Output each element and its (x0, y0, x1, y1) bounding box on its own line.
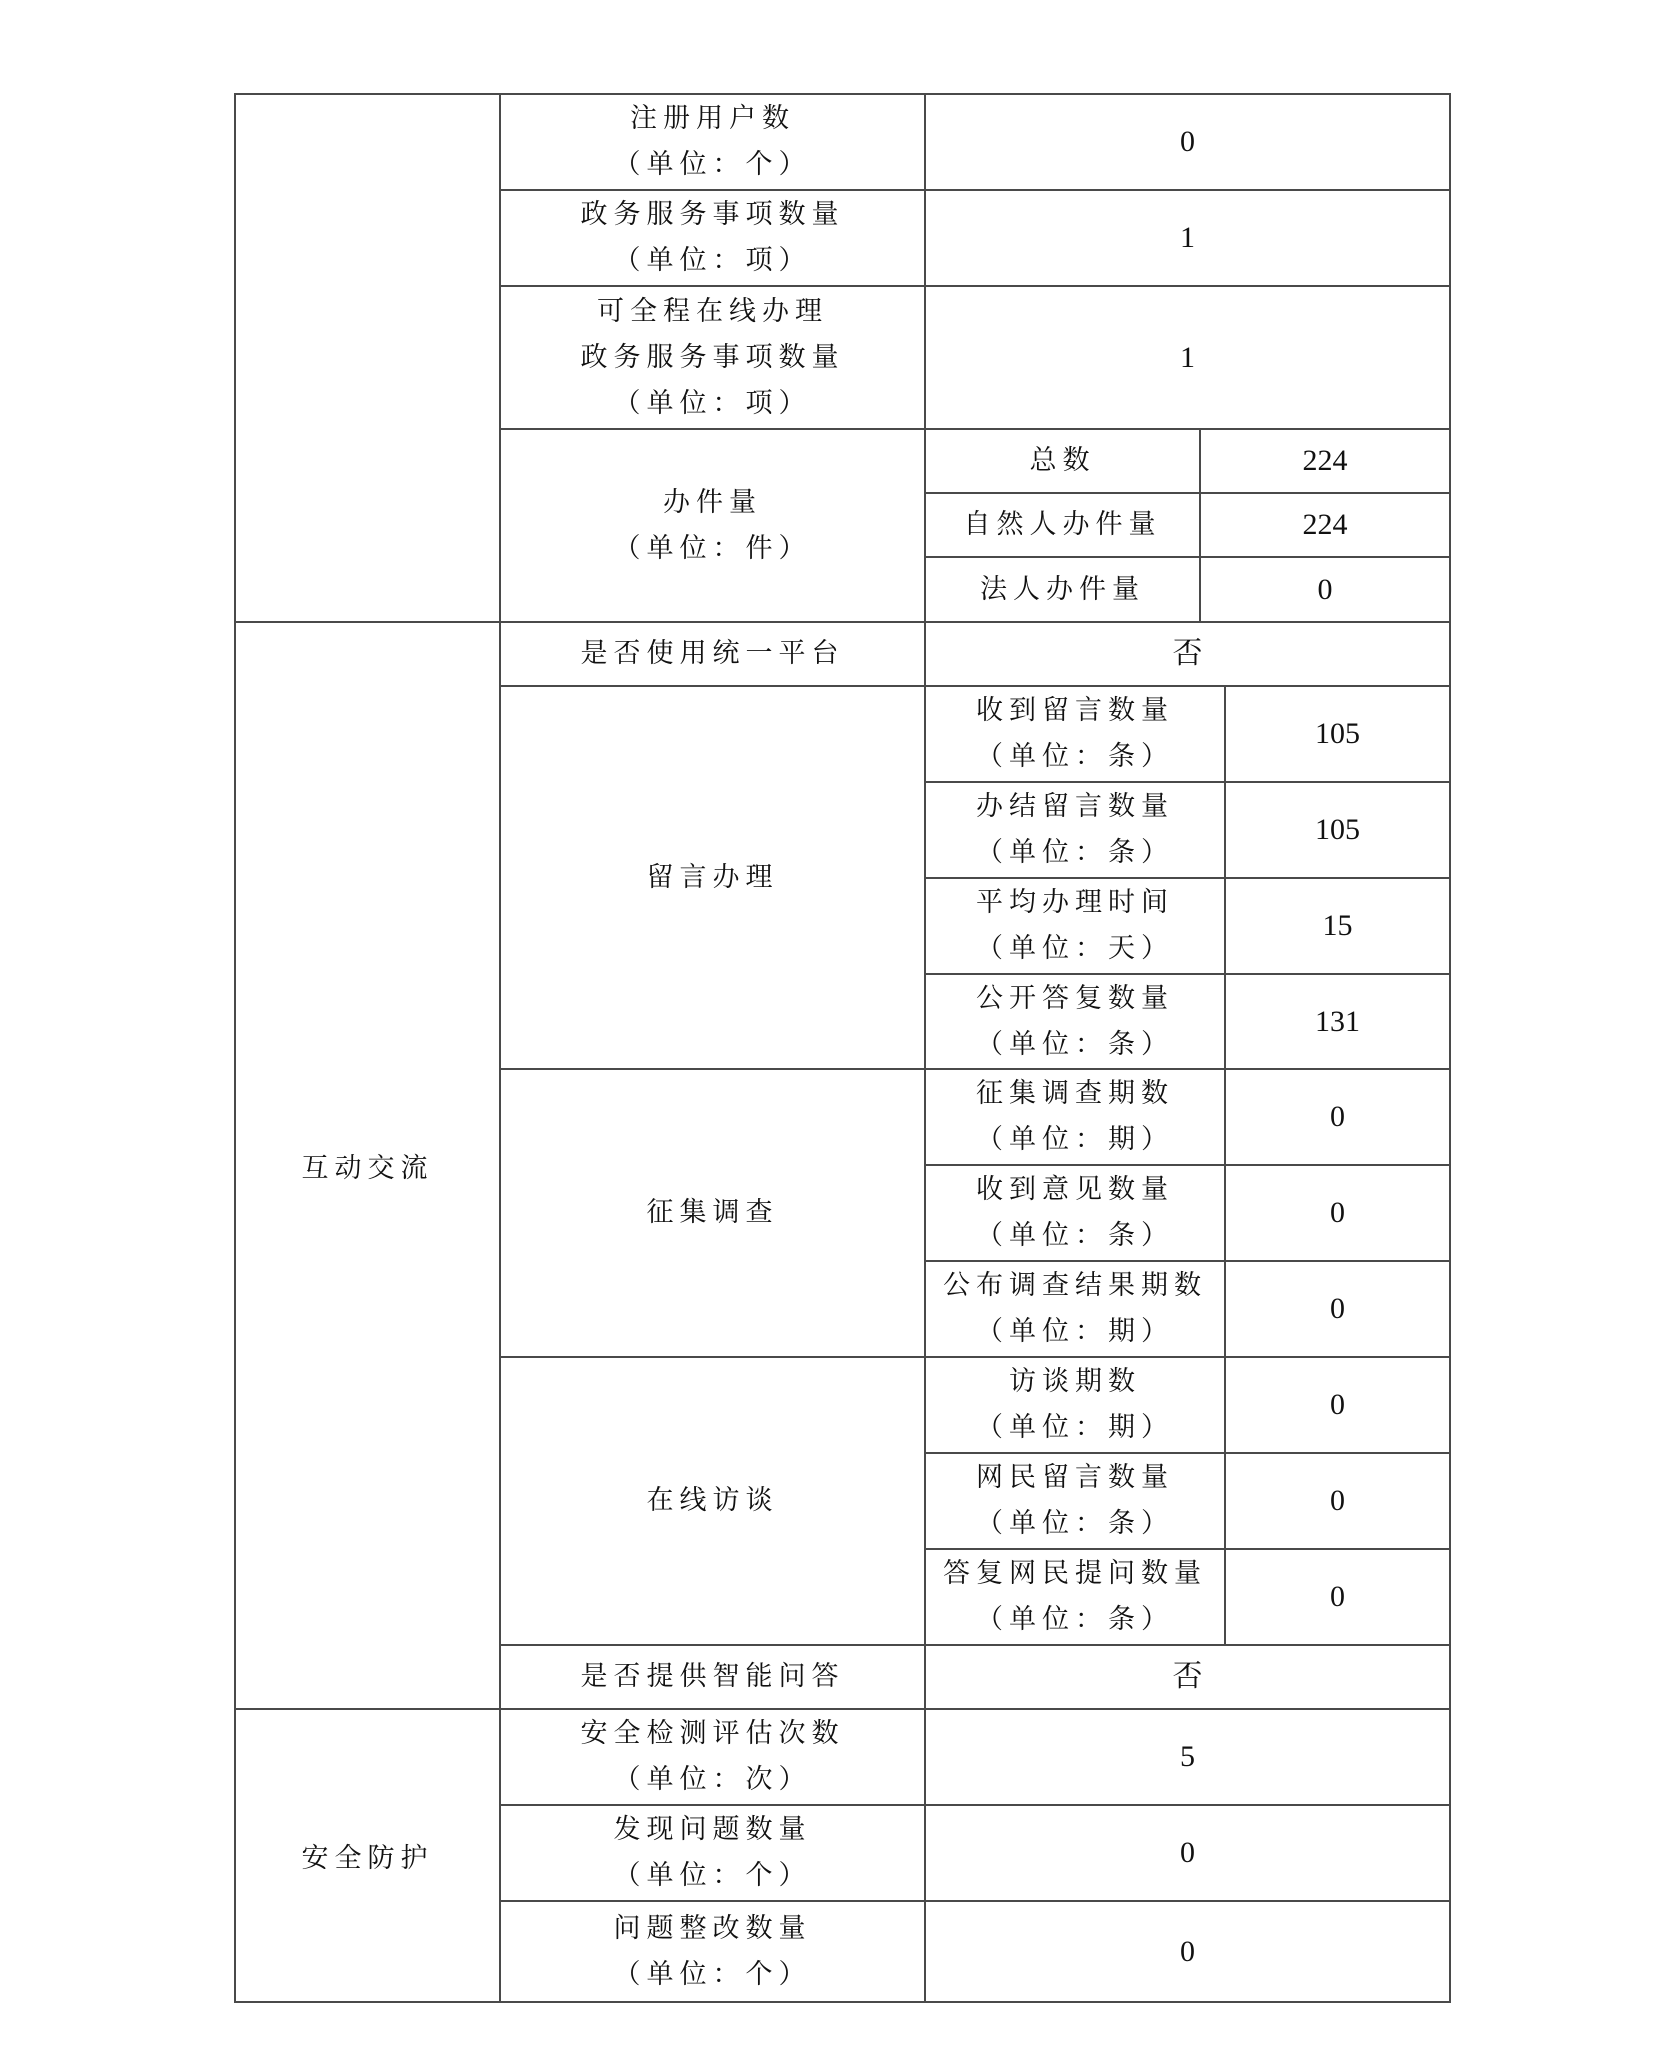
label-line: 发现问题数量 (614, 1807, 812, 1853)
sub-metric-value: 224 (1199, 492, 1451, 558)
metric-value: 1 (924, 285, 1451, 430)
metric-value: 5 (924, 1708, 1451, 1806)
cell-text: 15 (1323, 906, 1353, 946)
label-line: 公开答复数量 (976, 976, 1174, 1022)
label-line: （单位：条） (943, 1597, 1207, 1643)
cell-text: 否 (1173, 634, 1203, 674)
sub-metric-label: 收到留言数量（单位：条） (924, 685, 1226, 783)
section-title-security: 安全防护 (234, 1708, 501, 2003)
label-line: 答复网民提问数量 (943, 1551, 1207, 1597)
label-line: 注册用户数 (614, 96, 812, 142)
label-line: （单位：条） (976, 1501, 1174, 1547)
label-line: 收到留言数量 (976, 688, 1174, 734)
sub-metric-value: 105 (1224, 781, 1451, 879)
sub-metric-label: 公布调查结果期数（单位：期） (924, 1260, 1226, 1358)
cell-text: 224 (1303, 441, 1348, 481)
sub-metric-value: 0 (1224, 1356, 1451, 1454)
metric-label: 问题整改数量（单位：个） (499, 1900, 926, 2003)
metric-value: 0 (924, 1900, 1451, 2003)
label-line: 征集调查 (647, 1190, 779, 1236)
label-line: 访谈期数 (976, 1359, 1174, 1405)
cell-text: 0 (1330, 1193, 1345, 1233)
metric-value: 0 (924, 1804, 1451, 1902)
metric-value: 0 (924, 93, 1451, 191)
cell-text: 0 (1180, 1932, 1195, 1972)
sub-metric-value: 0 (1224, 1548, 1451, 1646)
label-line: 政务服务事项数量 (581, 192, 845, 238)
metric-label: 在线访谈 (499, 1356, 926, 1646)
label-line: （单位：期） (943, 1309, 1207, 1355)
label-line: 网民留言数量 (976, 1455, 1174, 1501)
cell-text: 1 (1180, 338, 1195, 378)
label-line: 法人办件量 (980, 567, 1145, 613)
metric-label: 安全检测评估次数（单位：次） (499, 1708, 926, 1806)
sub-metric-label: 总数 (924, 428, 1201, 494)
label-line: （单位：件） (614, 526, 812, 572)
sub-metric-label: 公开答复数量（单位：条） (924, 973, 1226, 1070)
cell-text: 5 (1180, 1737, 1195, 1777)
label-line: （单位：项） (581, 381, 845, 427)
metric-label: 办件量（单位：件） (499, 428, 926, 623)
cell-text: 105 (1315, 810, 1360, 850)
label-line: 平均办理时间 (976, 880, 1174, 926)
label-line: （单位：项） (581, 238, 845, 284)
label-line: 安全检测评估次数 (581, 1711, 845, 1757)
label-line: 办结留言数量 (976, 784, 1174, 830)
label-line: 是否提供智能问答 (581, 1654, 845, 1700)
cell-text: 0 (1180, 1833, 1195, 1873)
sub-metric-label: 收到意见数量（单位：条） (924, 1164, 1226, 1262)
sub-metric-value: 15 (1224, 877, 1451, 975)
label-line: 是否使用统一平台 (581, 631, 845, 677)
label-line: （单位：条） (976, 734, 1174, 780)
label-line: （单位：次） (581, 1757, 845, 1803)
metric-label: 可全程在线办理政务服务事项数量（单位：项） (499, 285, 926, 430)
cell-text: 131 (1315, 1002, 1360, 1042)
label-line: 征集调查期数 (976, 1071, 1174, 1117)
metric-label: 政务服务事项数量（单位：项） (499, 189, 926, 287)
label-line: 政务服务事项数量 (581, 335, 845, 381)
cell-text: 互动交流 (302, 1146, 434, 1185)
metric-value: 1 (924, 189, 1451, 287)
label-line: 收到意见数量 (976, 1167, 1174, 1213)
cell-text: 0 (1330, 1097, 1345, 1137)
label-line: （单位：个） (614, 142, 812, 188)
sub-metric-label: 征集调查期数（单位：期） (924, 1068, 1226, 1166)
label-line: 可全程在线办理 (581, 289, 845, 335)
metric-label: 是否使用统一平台 (499, 621, 926, 687)
label-line: （单位：个） (614, 1853, 812, 1899)
metric-label: 发现问题数量（单位：个） (499, 1804, 926, 1902)
sub-metric-label: 平均办理时间（单位：天） (924, 877, 1226, 975)
metric-label: 征集调查 (499, 1068, 926, 1358)
sub-metric-label: 自然人办件量 (924, 492, 1201, 558)
sub-metric-value: 0 (1224, 1260, 1451, 1358)
sub-metric-label: 办结留言数量（单位：条） (924, 781, 1226, 879)
sub-metric-label: 访谈期数（单位：期） (924, 1356, 1226, 1454)
sub-metric-label: 答复网民提问数量（单位：条） (924, 1548, 1226, 1646)
sub-metric-label: 法人办件量 (924, 556, 1201, 623)
label-line: 总数 (1030, 438, 1096, 484)
sub-metric-value: 0 (1199, 556, 1451, 623)
sub-metric-value: 224 (1199, 428, 1451, 494)
label-line: （单位：期） (976, 1405, 1174, 1451)
label-line: 在线访谈 (647, 1478, 779, 1524)
metric-value: 否 (924, 621, 1451, 687)
cell-text: 105 (1315, 714, 1360, 754)
label-line: （单位：天） (976, 926, 1174, 972)
section-title-service (234, 93, 501, 623)
sub-metric-value: 0 (1224, 1452, 1451, 1550)
label-line: 留言办理 (647, 855, 779, 901)
section-title-interaction: 互动交流 (234, 621, 501, 1710)
sub-metric-value: 105 (1224, 685, 1451, 783)
cell-text: 1 (1180, 218, 1195, 258)
metric-value: 否 (924, 1644, 1451, 1710)
label-line: 问题整改数量 (614, 1906, 812, 1952)
cell-text: 0 (1318, 570, 1333, 610)
label-line: （单位：条） (976, 1022, 1174, 1068)
metric-label: 是否提供智能问答 (499, 1644, 926, 1710)
metric-label: 注册用户数（单位：个） (499, 93, 926, 191)
cell-text: 否 (1173, 1657, 1203, 1697)
sub-metric-value: 0 (1224, 1068, 1451, 1166)
cell-text: 0 (1180, 122, 1195, 162)
sub-metric-value: 0 (1224, 1164, 1451, 1262)
cell-text: 0 (1330, 1577, 1345, 1617)
label-line: 自然人办件量 (964, 502, 1162, 548)
metric-label: 留言办理 (499, 685, 926, 1070)
cell-text: 0 (1330, 1385, 1345, 1425)
label-line: 公布调查结果期数 (943, 1263, 1207, 1309)
label-line: 办件量 (614, 480, 812, 526)
label-line: （单位：条） (976, 1213, 1174, 1259)
sub-metric-value: 131 (1224, 973, 1451, 1070)
label-line: （单位：期） (976, 1117, 1174, 1163)
sub-metric-label: 网民留言数量（单位：条） (924, 1452, 1226, 1550)
label-line: （单位：个） (614, 1952, 812, 1998)
cell-text: 0 (1330, 1289, 1345, 1329)
cell-text: 安全防护 (302, 1836, 434, 1875)
cell-text: 224 (1303, 505, 1348, 545)
cell-text: 0 (1330, 1481, 1345, 1521)
label-line: （单位：条） (976, 830, 1174, 876)
